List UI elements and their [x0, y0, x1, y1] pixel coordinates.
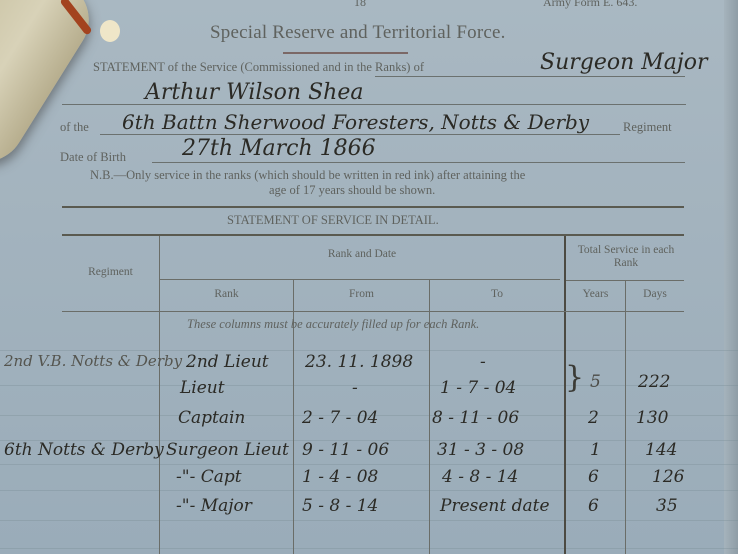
col-header-rank: Rank	[160, 288, 293, 300]
form-title: Special Reserve and Territorial Force.	[210, 22, 506, 44]
cell-years: 2	[588, 408, 599, 428]
cell-to: 4 - 8 - 14	[442, 467, 518, 487]
name-value: Arthur Wilson Shea	[145, 80, 363, 105]
cell-rank: 2nd Lieut	[186, 352, 269, 372]
statement-label: STATEMENT of the Service (Commissioned a…	[93, 60, 424, 75]
col-header-total-service: Total Service in each Rank	[574, 244, 678, 270]
cell-from: 5 - 8 - 14	[302, 496, 378, 516]
note-line-2: age of 17 years should be shown.	[269, 183, 435, 198]
rank-fill-line	[375, 76, 685, 77]
cell-days: 222	[638, 372, 670, 392]
cell-regiment: 6th Notts & Derby	[4, 440, 164, 460]
dob-value: 27th March 1866	[182, 136, 376, 161]
cell-years: 6	[588, 496, 599, 516]
title-underline	[283, 52, 408, 54]
page-number: 18	[354, 0, 366, 10]
col-header-years: Years	[566, 288, 625, 300]
header-bottom-rule	[62, 311, 684, 312]
ruled-line	[0, 385, 738, 386]
ruled-line	[0, 490, 738, 491]
paper-edge	[724, 0, 738, 554]
cell-rank: Surgeon Lieut	[166, 440, 289, 460]
form-number: Army Form E. 643.	[543, 0, 637, 10]
cell-rank: -"- Major	[176, 496, 252, 516]
col-header-days: Days	[626, 288, 684, 300]
cell-days: 126	[652, 467, 684, 487]
col-divider-regiment	[159, 236, 160, 554]
unit-value: 6th Battn Sherwood Foresters, Notts & De…	[122, 110, 589, 134]
ruled-line	[0, 548, 738, 549]
cell-years: 6	[588, 467, 599, 487]
regiment-label: Regiment	[623, 120, 672, 135]
cell-days: 35	[656, 496, 678, 516]
col-header-regiment: Regiment	[62, 266, 159, 278]
ruled-line	[0, 350, 738, 351]
punch-hole	[100, 20, 120, 42]
ruled-line	[0, 464, 738, 465]
brace-mark: }	[565, 360, 584, 395]
cell-to: 8 - 11 - 06	[432, 408, 519, 428]
cell-from: 2 - 7 - 04	[302, 408, 378, 428]
rank-date-divider	[160, 279, 560, 280]
cell-regiment: 2nd V.B. Notts & Derby	[4, 352, 182, 370]
cell-rank: Captain	[178, 408, 245, 428]
section-title: STATEMENT OF SERVICE IN DETAIL.	[227, 213, 439, 228]
cell-to: -	[480, 352, 486, 372]
cell-years: 1	[590, 440, 601, 460]
col-header-to: To	[430, 288, 564, 300]
col-divider-years	[625, 280, 626, 554]
header-top-rule	[62, 234, 684, 236]
col-header-from: From	[294, 288, 429, 300]
cell-rank: -"- Capt	[176, 467, 242, 487]
cell-from: -	[352, 378, 358, 398]
dob-fill-line	[152, 162, 685, 163]
cell-from: 23. 11. 1898	[305, 352, 413, 372]
cell-days: 144	[645, 440, 677, 460]
cell-to: Present date	[440, 496, 550, 516]
note-line-1: N.B.—Only service in the ranks (which sh…	[90, 168, 525, 183]
cell-years: 5	[590, 372, 601, 392]
col-header-rank-and-date: Rank and Date	[160, 248, 564, 260]
cell-to: 1 - 7 - 04	[440, 378, 516, 398]
unit-fill-line	[100, 134, 620, 135]
dob-label: Date of Birth	[60, 150, 126, 165]
cell-from: 9 - 11 - 06	[302, 440, 389, 460]
section-top-rule	[62, 206, 684, 208]
col-divider-to	[564, 236, 566, 554]
of-the-label: of the	[60, 120, 89, 135]
cell-days: 130	[636, 408, 668, 428]
ruled-line	[0, 520, 738, 521]
cell-rank: Lieut	[180, 378, 225, 398]
instruction-text: These columns must be accurately filled …	[187, 317, 479, 332]
cell-to: 31 - 3 - 08	[437, 440, 524, 460]
rank-value: Surgeon Major	[540, 50, 708, 75]
cell-from: 1 - 4 - 08	[302, 467, 378, 487]
